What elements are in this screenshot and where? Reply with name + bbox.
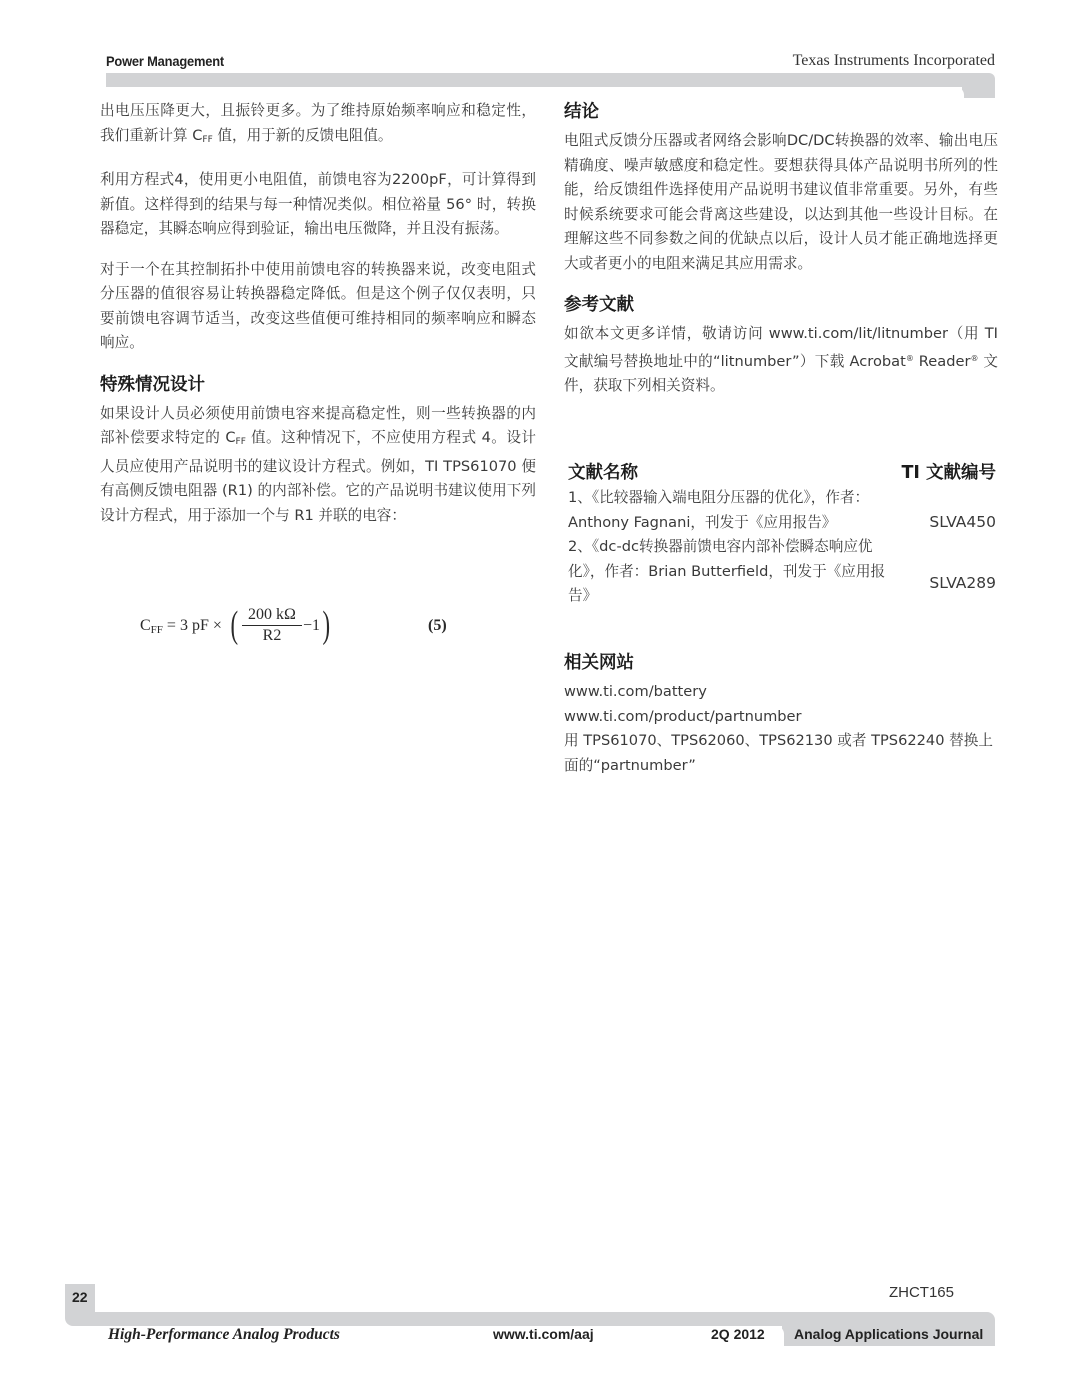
document-code: ZHCT165 xyxy=(889,1284,954,1301)
paragraph-4: 如果设计人员必须使用前馈电容来提高稳定性，则一些转换器的内部补偿要求特定的 CF… xyxy=(100,402,536,529)
journal-notch xyxy=(772,1326,784,1346)
equation-c: C xyxy=(140,617,151,634)
paragraph-1-text-b: 值，用于新的反馈电阻值。 xyxy=(213,127,393,144)
paragraph-3: 对于一个在其控制拓扑中使用前馈电容的转换器来说，改变电阻式分压器的值很容易让转换… xyxy=(100,258,536,356)
equation-number: (5) xyxy=(428,617,447,635)
websites-note: 用 TPS61070、TPS62060、TPS62130 或者 TPS62240… xyxy=(564,729,998,778)
left-column: 出电压压降更大，且振铃更多。为了维持原始频率响应和稳定性，我们重新计算 CFF … xyxy=(100,99,536,544)
website-link-battery[interactable]: www.ti.com/battery xyxy=(564,680,998,705)
related-websites: 相关网站 www.ti.com/battery www.ti.com/produ… xyxy=(564,650,998,778)
footer-publication-title: High-Performance Analog Products xyxy=(108,1326,340,1344)
equation-close-paren: ) xyxy=(323,603,331,647)
footer-journal-name: Analog Applications Journal xyxy=(794,1326,983,1342)
page-number: 22 xyxy=(72,1289,88,1305)
references-text: 如欲本文更多详情，敬请访问 www.ti.com/lit/litnumber（用… xyxy=(564,322,998,399)
equation-fraction: 200 kΩ R2 xyxy=(242,605,302,646)
cff-subscript: FF xyxy=(202,135,212,145)
reference-row: 1、《比较器输入端电阻分压器的优化》，作者：Anthony Fagnani，刊发… xyxy=(568,486,996,535)
reference-title: 2、《dc-dc转换器前馈电容内部补偿瞬态响应优化》，作者：Brian Butt… xyxy=(568,535,890,609)
registered-mark: ® xyxy=(906,354,914,363)
websites-heading: 相关网站 xyxy=(564,650,998,676)
conclusion-text: 电阻式反馈分压器或者网络会影响DC/DC转换器的效率、输出电压精确度、噪声敏感度… xyxy=(564,129,998,276)
equation-lhs: CFF = 3 pF × xyxy=(140,617,222,636)
header-bar xyxy=(106,73,966,87)
equation-minus-one: −1 xyxy=(303,617,320,635)
column-title-header: 文献名称 xyxy=(568,460,638,486)
right-column: 结论 电阻式反馈分压器或者网络会影响DC/DC转换器的效率、输出电压精确度、噪声… xyxy=(564,99,998,415)
reference-title: 1、《比较器输入端电阻分压器的优化》，作者：Anthony Fagnani，刊发… xyxy=(568,486,890,535)
footer-url[interactable]: www.ti.com/aaj xyxy=(493,1326,594,1342)
website-link-product[interactable]: www.ti.com/product/partnumber xyxy=(564,705,998,730)
special-case-heading: 特殊情况设计 xyxy=(100,372,536,398)
cff-subscript: FF xyxy=(236,437,246,447)
references-heading: 参考文献 xyxy=(564,292,998,318)
equation-middle: = 3 pF × xyxy=(163,617,222,634)
header-section-title: Power Management xyxy=(106,53,224,69)
equation-open-paren: ( xyxy=(231,603,239,647)
references-text-b: Reader xyxy=(914,353,971,370)
reference-code: SLVA450 xyxy=(929,510,996,535)
conclusion-heading: 结论 xyxy=(564,99,998,125)
paragraph-2: 利用方程式4，使用更小电阻值，前馈电容为2200pF，可计算得到新值。这样得到的… xyxy=(100,168,536,242)
equation-numerator: 200 kΩ xyxy=(242,605,302,626)
footer-issue: 2Q 2012 xyxy=(711,1326,765,1342)
column-code-header: TI 文献编号 xyxy=(901,460,996,486)
footer-curve xyxy=(95,1298,107,1312)
reference-table-header: 文献名称 TI 文献编号 xyxy=(568,460,996,486)
equation-5: CFF = 3 pF × ( 200 kΩ R2 −1 ) (5) xyxy=(140,605,460,649)
equation-subscript: FF xyxy=(151,624,163,636)
header-tab xyxy=(962,73,995,98)
reference-row: 2、《dc-dc转换器前馈电容内部补偿瞬态响应优化》，作者：Brian Butt… xyxy=(568,535,996,609)
header-company: Texas Instruments Incorporated xyxy=(793,52,995,70)
paragraph-1: 出电压压降更大，且振铃更多。为了维持原始频率响应和稳定性，我们重新计算 CFF … xyxy=(100,99,536,152)
reference-table: 文献名称 TI 文献编号 1、《比较器输入端电阻分压器的优化》，作者：Antho… xyxy=(568,460,996,609)
equation-denominator: R2 xyxy=(242,626,302,646)
reference-code: SLVA289 xyxy=(929,571,996,596)
